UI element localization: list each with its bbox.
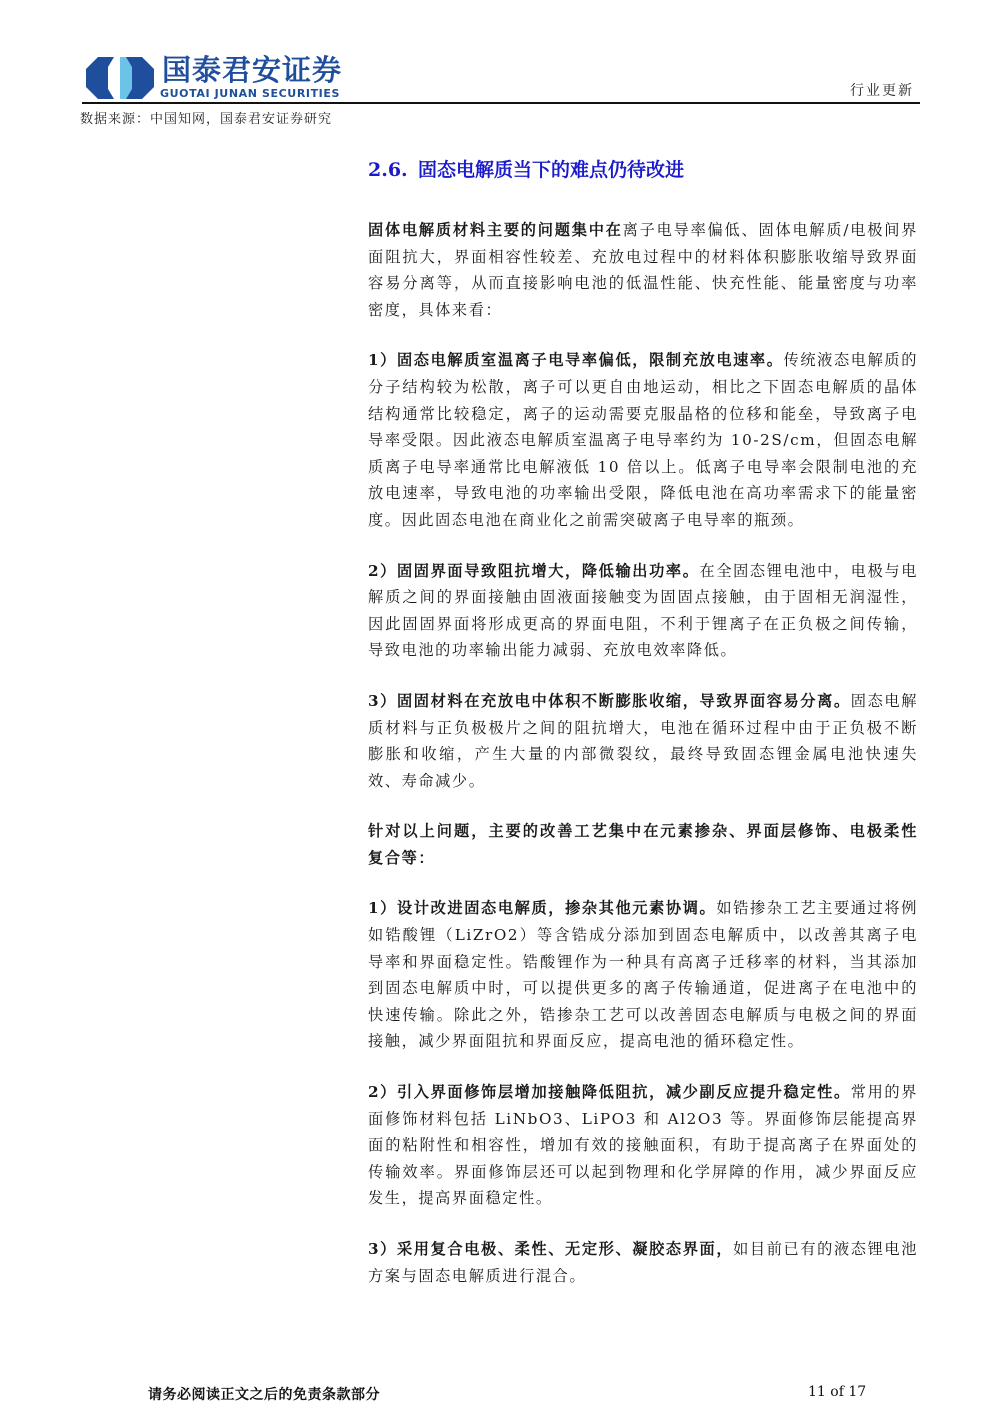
paragraph-lead: 1）设计改进固态电解质，掺杂其他元素协调。 — [368, 899, 716, 917]
paragraph-lead: 3）固固材料在充放电中体积不断膨胀收缩，导致界面容易分离。 — [368, 692, 851, 710]
section-title-text: 固态电解质当下的难点仍待改进 — [418, 159, 684, 181]
paragraph-lead: 2）固固界面导致阻抗增大，降低输出功率。 — [368, 562, 700, 580]
paragraph-intro: 固体电解质材料主要的问题集中在离子电导率偏低、固体电解质/电极间界面阻抗大，界面… — [368, 217, 918, 323]
paragraph-body: 常用的界面修饰材料包括 LiNbO3、LiPO3 和 Al2O3 等。界面修饰层… — [368, 1083, 918, 1207]
paragraph-lead: 针对以上问题，主要的改善工艺集中在元素掺杂、界面层修饰、电极柔性复合等： — [368, 822, 918, 867]
section-heading: 2.6.固态电解质当下的难点仍待改进 — [368, 155, 918, 185]
paragraph-problem-1: 1）固态电解质室温离子电导率偏低，限制充放电速率。传统液态电解质的分子结构较为松… — [368, 347, 918, 533]
header-divider — [82, 102, 920, 104]
main-content: 2.6.固态电解质当下的难点仍待改进 固体电解质材料主要的问题集中在离子电导率偏… — [368, 155, 918, 1313]
paragraph-lead: 2）引入界面修饰层增加接触降低阻抗，减少副反应提升稳定性。 — [368, 1083, 851, 1101]
brand-name-cn: 国泰君安证券 — [162, 54, 342, 86]
paragraph-solution-3: 3）采用复合电极、柔性、无定形、凝胶态界面，如目前已有的液态锂电池方案与固态电解… — [368, 1236, 918, 1289]
page-number: 11 of 17 — [808, 1384, 866, 1400]
paragraph-solutions-intro: 针对以上问题，主要的改善工艺集中在元素掺杂、界面层修饰、电极柔性复合等： — [368, 818, 918, 871]
paragraph-problem-2: 2）固固界面导致阻抗增大，降低输出功率。在全固态锂电池中，电极与电解质之间的界面… — [368, 558, 918, 664]
paragraph-solution-2: 2）引入界面修饰层增加接触降低阻抗，减少副反应提升稳定性。常用的界面修饰材料包括… — [368, 1079, 918, 1212]
paragraph-body: 传统液态电解质的分子结构较为松散，离子可以更自由地运动，相比之下固态电解质的晶体… — [368, 351, 918, 529]
paragraph-body: 如锆掺杂工艺主要通过将例如锆酸锂（LiZrO2）等含锆成分添加到固态电解质中，以… — [368, 899, 918, 1050]
paragraph-lead: 3）采用复合电极、柔性、无定形、凝胶态界面， — [368, 1240, 733, 1258]
paragraph-problem-3: 3）固固材料在充放电中体积不断膨胀收缩，导致界面容易分离。固态电解质材料与正负极… — [368, 688, 918, 794]
page-header: 国泰君安证券 GUOTAI JUNAN SECURITIES 行业更新 — [0, 0, 1000, 110]
guotai-junan-logo-icon — [84, 55, 156, 101]
report-type-tag: 行业更新 — [850, 80, 914, 100]
data-source-note: 数据来源：中国知网，国泰君安证券研究 — [80, 108, 332, 127]
paragraph-solution-1: 1）设计改进固态电解质，掺杂其他元素协调。如锆掺杂工艺主要通过将例如锆酸锂（Li… — [368, 895, 918, 1055]
paragraph-lead: 固体电解质材料主要的问题集中在 — [368, 221, 623, 239]
brand-name-en: GUOTAI JUNAN SECURITIES — [160, 88, 340, 100]
section-number: 2.6. — [368, 155, 418, 185]
disclaimer-note: 请务必阅读正文之后的免责条款部分 — [148, 1384, 380, 1404]
paragraph-lead: 1）固态电解质室温离子电导率偏低，限制充放电速率。 — [368, 351, 784, 369]
